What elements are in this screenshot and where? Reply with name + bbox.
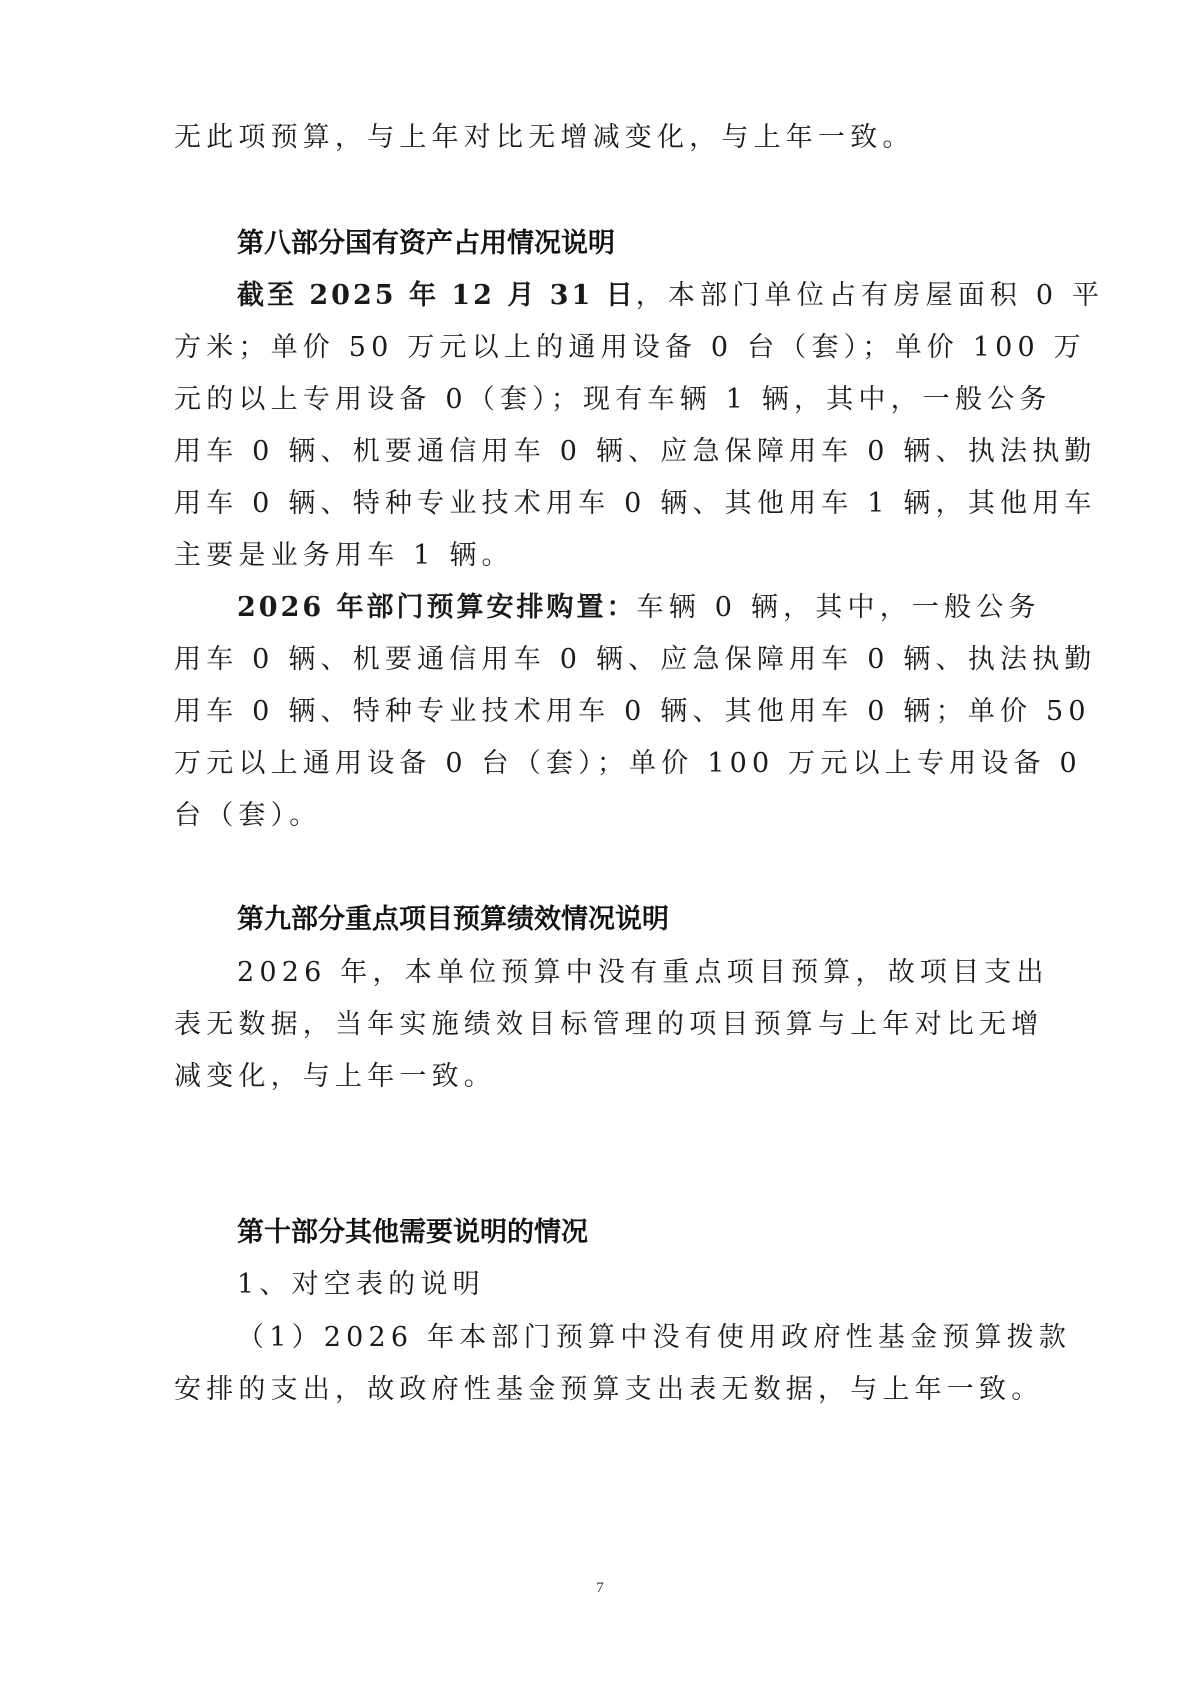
document-page: 无此项预算，与上年对比无增减变化，与上年一致。 第八部分国有资产占用情况说明 截…	[0, 0, 1200, 1697]
section-8-para-1-line-1: 截至 2025 年 12 月 31 日，本部门单位占有房屋面积 0 平	[237, 276, 1034, 316]
section-9-line-1: 2026 年，本单位预算中没有重点项目预算，故项目支出	[237, 953, 1034, 993]
section-8-para-2-line-4: 万元以上通用设备 0 台（套）；单价 100 万元以上专用设备 0	[174, 744, 1034, 784]
carryover-paragraph: 无此项预算，与上年对比无增减变化，与上年一致。	[174, 118, 1034, 158]
asset-date-lead: 截至 2025 年 12 月 31 日	[237, 280, 636, 311]
section-10-line-1: （1）2026 年本部门预算中没有使用政府性基金预算拨款	[237, 1318, 1034, 1358]
section-10-line-2: 安排的支出，故政府性基金预算支出表无数据，与上年一致。	[174, 1370, 1034, 1410]
section-9-line-3: 减变化，与上年一致。	[174, 1057, 1034, 1097]
section-10-heading: 第十部分其他需要说明的情况	[237, 1213, 588, 1253]
section-10-subheading: 1、对空表的说明	[237, 1265, 1034, 1305]
section-9-heading: 第九部分重点项目预算绩效情况说明	[237, 900, 669, 940]
purchase-plan-lead: 2026 年部门预算安排购置：	[237, 592, 637, 623]
section-8-para-2-line-5: 台（套）。	[174, 796, 1034, 836]
page-number: 7	[0, 1580, 1200, 1597]
section-8-para-1-line-4: 用车 0 辆、机要通信用车 0 辆、应急保障用车 0 辆、执法执勤	[174, 432, 1034, 472]
section-8-para-1-line-3: 元的以上专用设备 0（套）；现有车辆 1 辆，其中，一般公务	[174, 380, 1034, 420]
section-9-line-2: 表无数据，当年实施绩效目标管理的项目预算与上年对比无增	[174, 1005, 1034, 1045]
section-8-heading: 第八部分国有资产占用情况说明	[237, 224, 615, 264]
section-8-para-2-line-2: 用车 0 辆、机要通信用车 0 辆、应急保障用车 0 辆、执法执勤	[174, 640, 1034, 680]
section-8-para-1-line-5: 用车 0 辆、特种专业技术用车 0 辆、其他用车 1 辆，其他用车	[174, 484, 1034, 524]
section-8-para-1-line-2: 方米；单价 50 万元以上的通用设备 0 台（套）；单价 100 万	[174, 328, 1034, 368]
section-8-para-2-line-1: 2026 年部门预算安排购置：车辆 0 辆，其中，一般公务	[237, 588, 1034, 628]
section-8-para-1-line-6: 主要是业务用车 1 辆。	[174, 536, 1034, 576]
section-8-para-2-line-3: 用车 0 辆、特种专业技术用车 0 辆、其他用车 0 辆；单价 50	[174, 692, 1034, 732]
